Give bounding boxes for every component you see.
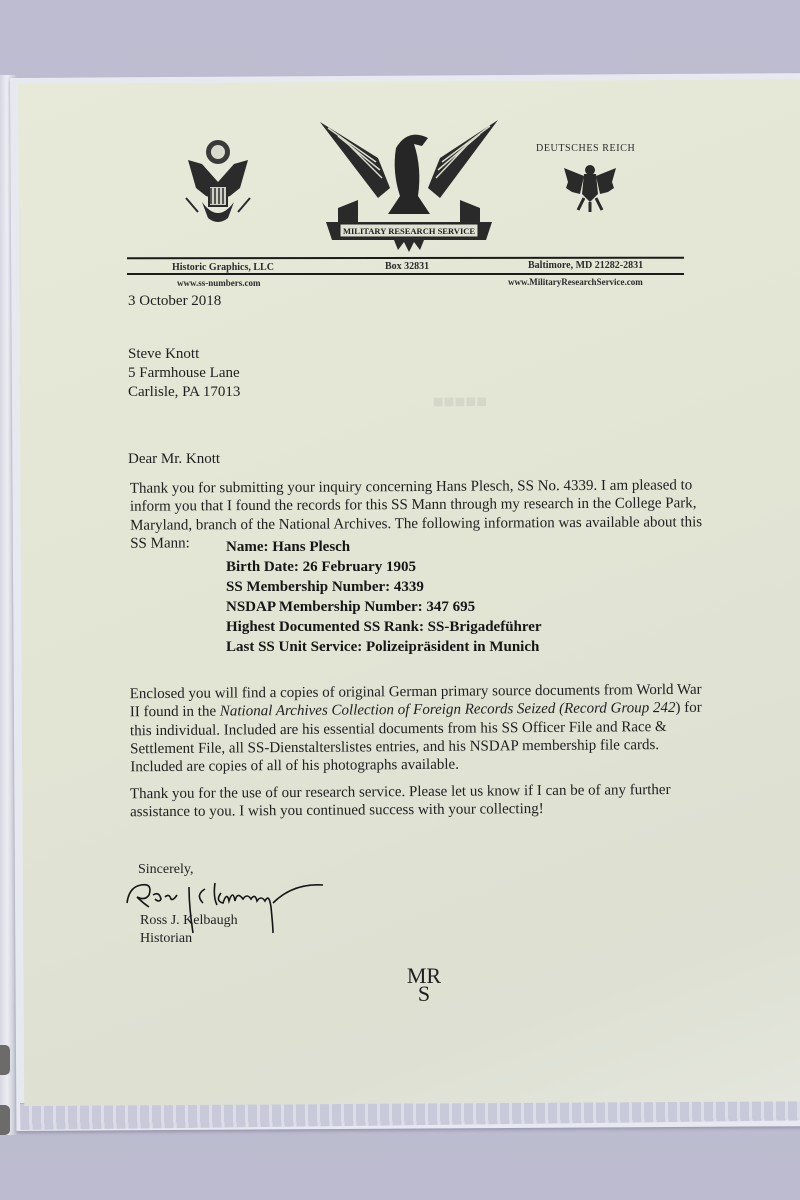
signer-title: Historian	[140, 930, 192, 948]
fact-ss-number: SS Membership Number: 4339	[226, 577, 542, 597]
recipient-city: Carlisle, PA 17013	[128, 383, 240, 402]
recipient-name: Steve Knott	[128, 345, 199, 364]
german-eagle-icon	[562, 162, 618, 214]
fact-ss-rank: Highest Documented SS Rank: SS-Brigadefü…	[226, 617, 542, 637]
eagle-emblem-icon: MILITARY RESEARCH SERVICE	[318, 118, 500, 253]
letterhead-rule-bottom	[127, 273, 684, 275]
fact-nsdap-number: NSDAP Membership Number: 347 695	[226, 597, 542, 617]
bleed-through-text: ■■■■■	[360, 391, 560, 413]
record-facts: Name: Hans Plesch Birth Date: 26 Februar…	[226, 537, 542, 657]
mrs-monogram: MR S	[404, 967, 444, 1003]
us-great-seal-icon	[182, 138, 254, 228]
website-ss-numbers[interactable]: www.ss-numbers.com	[177, 278, 261, 288]
letter-date: 3 October 2018	[128, 292, 221, 311]
deutsches-reich-label: DEUTSCHES REICH	[536, 143, 635, 154]
company-name: Historic Graphics, LLC	[172, 262, 274, 273]
recipient-street: 5 Farmhouse Lane	[128, 364, 240, 383]
paragraph-enclosed: Enclosed you will find a copies of origi…	[130, 681, 706, 777]
website-military-research[interactable]: www.MilitaryResearchService.com	[508, 277, 643, 287]
binder-ring	[0, 1045, 10, 1075]
po-box: Box 32831	[385, 261, 429, 272]
paragraph-thanks: Thank you for the use of our research se…	[130, 781, 705, 822]
fact-birth-date: Birth Date: 26 February 1905	[226, 557, 542, 577]
fact-name: Name: Hans Plesch	[226, 537, 542, 557]
company-address: Baltimore, MD 21282-2831	[528, 260, 643, 271]
salutation: Dear Mr. Knott	[128, 450, 220, 469]
fact-last-unit: Last SS Unit Service: Polizeipräsident i…	[226, 637, 542, 657]
collection-title: National Archives Collection of Foreign …	[220, 700, 676, 720]
binder-ring	[0, 1105, 10, 1135]
emblem-banner-text: MILITARY RESEARCH SERVICE	[343, 226, 475, 236]
signer-name: Ross J. Kelbaugh	[140, 912, 238, 930]
